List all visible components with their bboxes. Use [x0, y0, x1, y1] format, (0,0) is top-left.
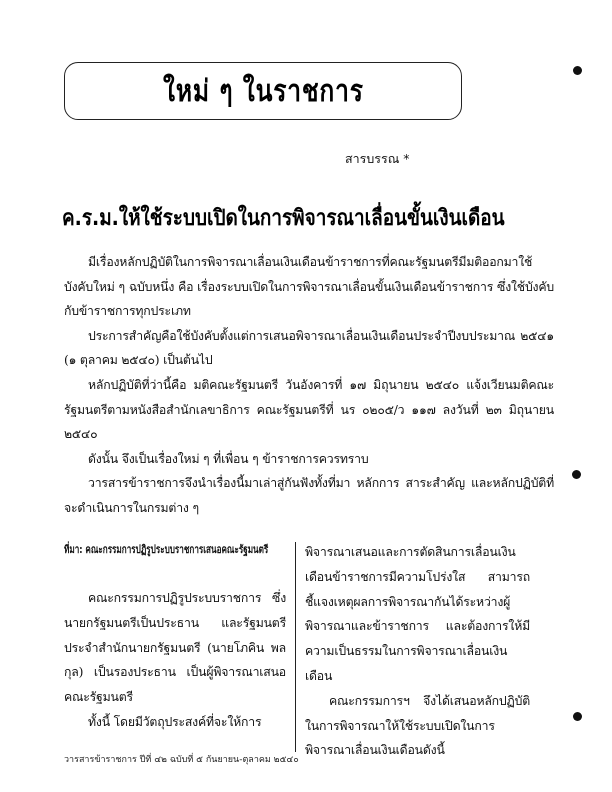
- column-paragraph: คณะกรรมการปฏิรูประบบราชการ ซึ่งนายกรัฐมน…: [64, 586, 286, 710]
- section-banner: ใหม่ ๆ ในราชการ: [64, 62, 462, 120]
- intro-paragraph: ประการสำคัญคือใช้บังคับตั้งแต่การเสนอพิจ…: [64, 324, 554, 373]
- column-subheading: ที่มา: คณะกรรมการปฏิรูประบบราชการเสนอคณะ…: [64, 540, 228, 560]
- section-title: ใหม่ ๆ ในราชการ: [163, 68, 364, 115]
- author-byline: สารบรรณ *: [345, 149, 410, 169]
- right-column: พิจารณาเสนอและการตัดสินการเลื่อนเงินเดือ…: [305, 540, 530, 763]
- page-footer: วารสารข้าราชการ ปีที่ ๔๒ ฉบับที่ ๕ กันยา…: [64, 752, 299, 766]
- article-intro: มีเรื่องหลักปฏิบัติในการพิจารณาเลื่อนเงิ…: [64, 250, 554, 521]
- intro-paragraph: มีเรื่องหลักปฏิบัติในการพิจารณาเลื่อนเงิ…: [64, 250, 554, 324]
- column-divider: [295, 542, 296, 752]
- intro-paragraph: ดังนั้น จึงเป็นเรื่องใหม่ ๆ ที่เพื่อน ๆ …: [64, 447, 554, 472]
- left-column: ที่มา: คณะกรรมการปฏิรูประบบราชการเสนอคณะ…: [64, 540, 286, 735]
- punch-hole-dot: [572, 470, 581, 479]
- column-paragraph: คณะกรรมการฯ จึงได้เสนอหลักปฏิบัติในการพิ…: [305, 689, 530, 763]
- intro-paragraph: หลักปฏิบัติที่ว่านี้คือ มติคณะรัฐมนตรี ว…: [64, 373, 554, 447]
- punch-hole-dot: [573, 712, 582, 721]
- column-paragraph: พิจารณาเสนอและการตัดสินการเลื่อนเงินเดือ…: [305, 540, 530, 689]
- article-headline: ค.ร.ม.ให้ใช้ระบบเปิดในการพิจารณาเลื่อนขั…: [62, 200, 466, 235]
- intro-paragraph: วารสารข้าราชการจึงนำเรื่องนี้มาเล่าสู่กั…: [64, 471, 554, 520]
- column-paragraph: ทั้งนี้ โดยมีวัตถุประสงค์ที่จะให้การ: [64, 710, 286, 735]
- punch-hole-dot: [573, 66, 582, 75]
